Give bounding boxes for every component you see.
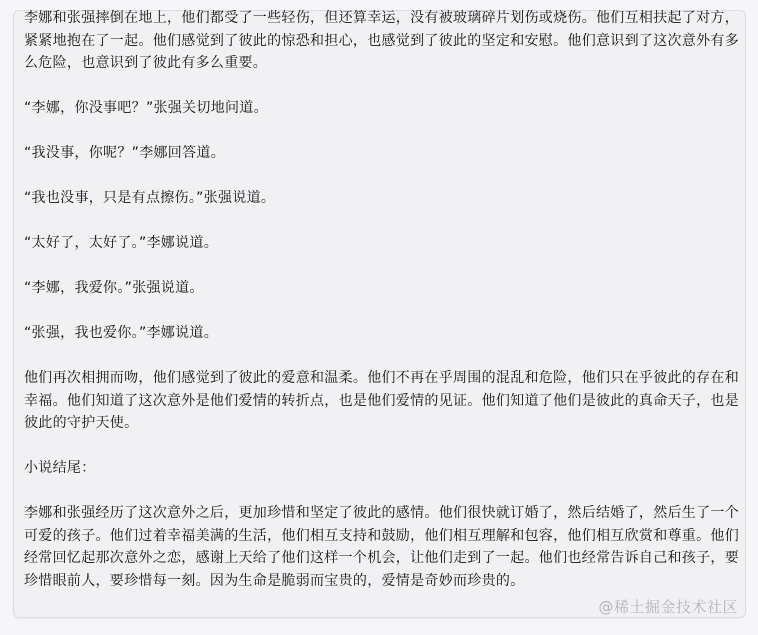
section-heading-ending: 小说结尾：	[24, 457, 742, 480]
paragraph-ending: 李娜和张强经历了这次意外之后，更加珍惜和坚定了彼此的感情。他们很快就订婚了，然后…	[24, 502, 742, 592]
dialogue-line: “李娜，我爱你。”张强说道。	[24, 277, 742, 300]
dialogue-line: “我没事，你呢？”李娜回答道。	[24, 142, 742, 165]
dialogue-line: “我也没事，只是有点擦伤。”张强说道。	[24, 187, 742, 210]
article-body: 李娜和张强摔倒在地上，他们都受了一些轻伤，但还算幸运，没有被玻璃碎片划伤或烧伤。…	[24, 7, 742, 615]
dialogue-line: “太好了，太好了。”李娜说道。	[24, 232, 742, 255]
dialogue-line: “李娜，你没事吧？”张强关切地问道。	[24, 97, 742, 120]
dialogue-line: “张强，我也爱你。”李娜说道。	[24, 322, 742, 345]
paragraph-kiss: 他们再次相拥而吻，他们感觉到了彼此的爱意和温柔。他们不再在乎周围的混乱和危险，他…	[24, 367, 742, 435]
paragraph-intro: 李娜和张强摔倒在地上，他们都受了一些轻伤，但还算幸运，没有被玻璃碎片划伤或烧伤。…	[24, 7, 742, 75]
watermark: @稀土掘金技术社区	[598, 596, 738, 617]
